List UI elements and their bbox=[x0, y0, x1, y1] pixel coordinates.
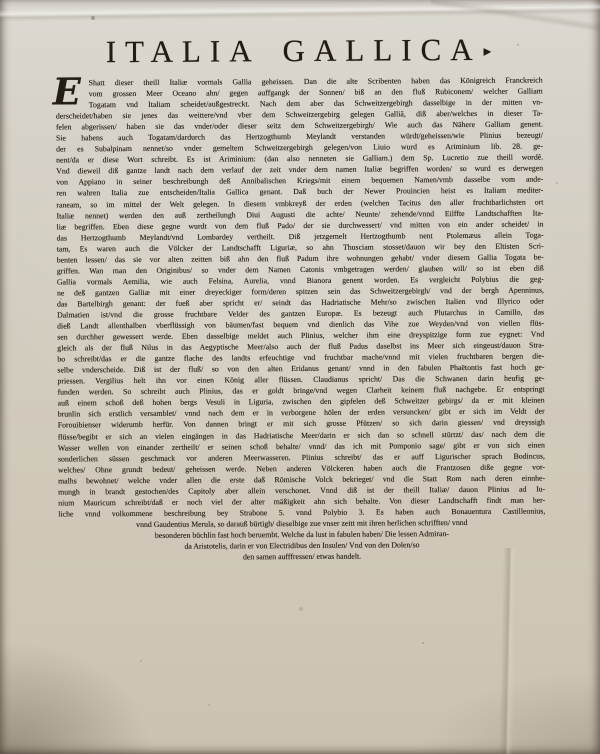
page-content: ITALIA GALLICA▸ E Shatt dieser theill It… bbox=[0, 0, 600, 754]
body-lines: Shatt dieser theill Italiæ vormals Galli… bbox=[56, 75, 546, 520]
book-page-photo: ITALIA GALLICA▸ E Shatt dieser theill It… bbox=[0, 0, 600, 754]
hedera-ornament-icon: ▸ bbox=[484, 44, 492, 60]
page-title: ITALIA GALLICA▸ bbox=[0, 31, 599, 71]
closing-taper-lines: vnnd Gaudentius Merula, so darauß bürtig… bbox=[58, 516, 545, 563]
drop-cap-initial: E bbox=[53, 74, 81, 108]
body-text-block: E Shatt dieser theill Italiæ vormals Gal… bbox=[56, 75, 546, 564]
closing-line: den samen aufffressen/ etwas handelt. bbox=[59, 550, 546, 564]
page-title-text: ITALIA GALLICA bbox=[106, 32, 482, 69]
